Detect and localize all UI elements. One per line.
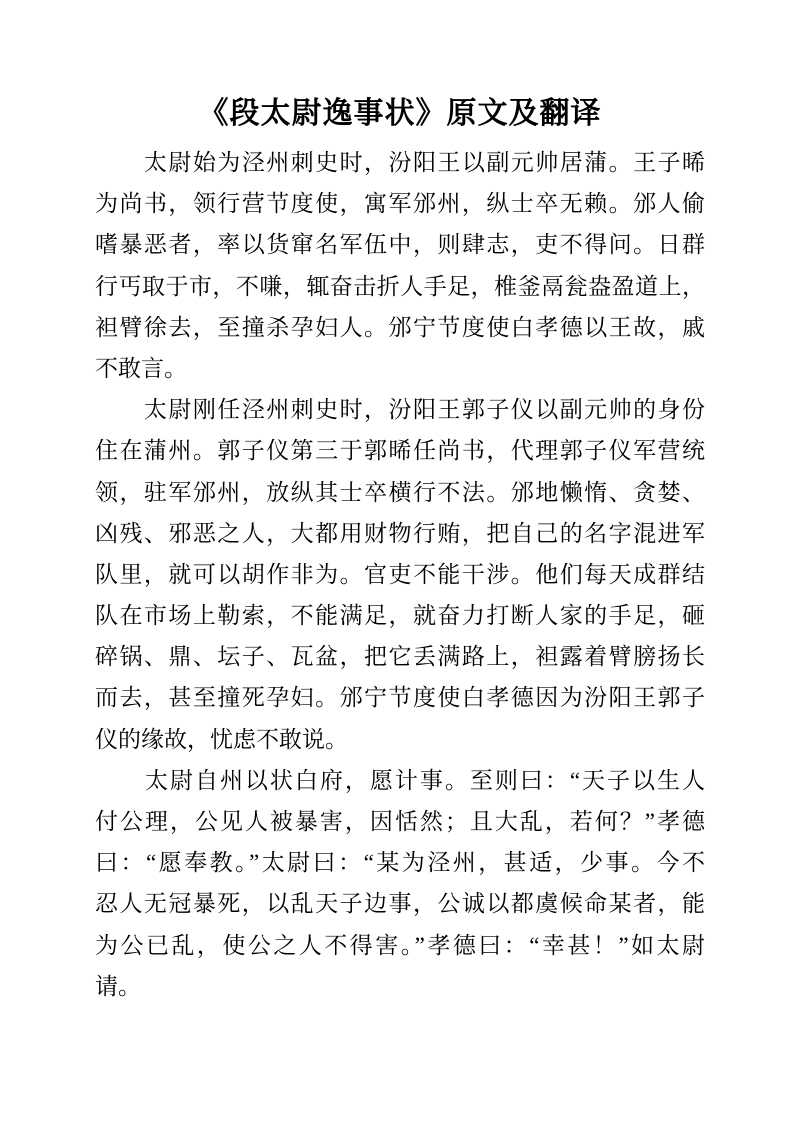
text-line: 队在市场上勒索，不能满足，就奋力打断人家的手足，砸 [95,595,705,636]
text-line: 凶残、邪恶之人，大都用财物行贿，把自己的名字混进军 [95,513,705,554]
text-line: 太尉始为泾州刺史时，汾阳王以副元帅居蒲。王子晞 [95,142,705,183]
text-line: 为公已乱，使公之人不得害。”孝德曰：“幸甚！”如太尉 [95,925,705,966]
text-line: 嗜暴恶者，率以货窜名军伍中，则肆志，吏不得问。日群 [95,224,705,265]
document-page: 《段太尉逸事状》原文及翻译 太尉始为泾州刺史时，汾阳王以副元帅居蒲。王子晞为尚书… [0,0,800,1132]
text-line: 行丐取于市，不嗛，辄奋击折人手足，椎釜鬲瓮盎盈道上， [95,266,705,307]
text-line: 曰：“愿奉教。”太尉曰：“某为泾州，甚适，少事。今不 [95,842,705,883]
text-line: 太尉刚任泾州刺史时，汾阳王郭子仪以副元帅的身份 [95,389,705,430]
text-line: 袒臂徐去，至撞杀孕妇人。邠宁节度使白孝德以王故，戚 [95,307,705,348]
text-line: 领，驻军邠州，放纵其士卒横行不法。邠地懒惰、贪婪、 [95,472,705,513]
text-line: 住在蒲州。郭子仪第三于郭晞任尚书，代理郭子仪军营统 [95,430,705,471]
text-line: 忍人无冠暴死，以乱天子边事，公诚以都虞候命某者，能 [95,883,705,924]
document-body: 太尉始为泾州刺史时，汾阳王以副元帅居蒲。王子晞为尚书，领行营节度使，寓军邠州，纵… [95,142,705,1007]
text-line: 队里，就可以胡作非为。官吏不能干涉。他们每天成群结 [95,554,705,595]
paragraph-original-text-1: 太尉始为泾州刺史时，汾阳王以副元帅居蒲。王子晞为尚书，领行营节度使，寓军邠州，纵… [95,142,705,389]
text-line: 而去，甚至撞死孕妇。邠宁节度使白孝德因为汾阳王郭子 [95,677,705,718]
paragraph-original-text-2: 太尉自州以状白府，愿计事。至则曰：“天子以生人付公理，公见人被暴害，因恬然；且大… [95,760,705,1007]
text-line: 仪的缘故，忧虑不敢说。 [95,719,705,760]
document-title: 《段太尉逸事状》原文及翻译 [95,94,705,134]
text-line: 不敢言。 [95,348,705,389]
text-line: 碎锅、鼎、坛子、瓦盆，把它丢满路上，袒露着臂膀扬长 [95,636,705,677]
text-line: 请。 [95,966,705,1007]
paragraph-translation-1: 太尉刚任泾州刺史时，汾阳王郭子仪以副元帅的身份住在蒲州。郭子仪第三于郭晞任尚书，… [95,389,705,760]
text-line: 付公理，公见人被暴害，因恬然；且大乱，若何？”孝德 [95,801,705,842]
text-line: 太尉自州以状白府，愿计事。至则曰：“天子以生人 [95,760,705,801]
text-line: 为尚书，领行营节度使，寓军邠州，纵士卒无赖。邠人偷 [95,183,705,224]
